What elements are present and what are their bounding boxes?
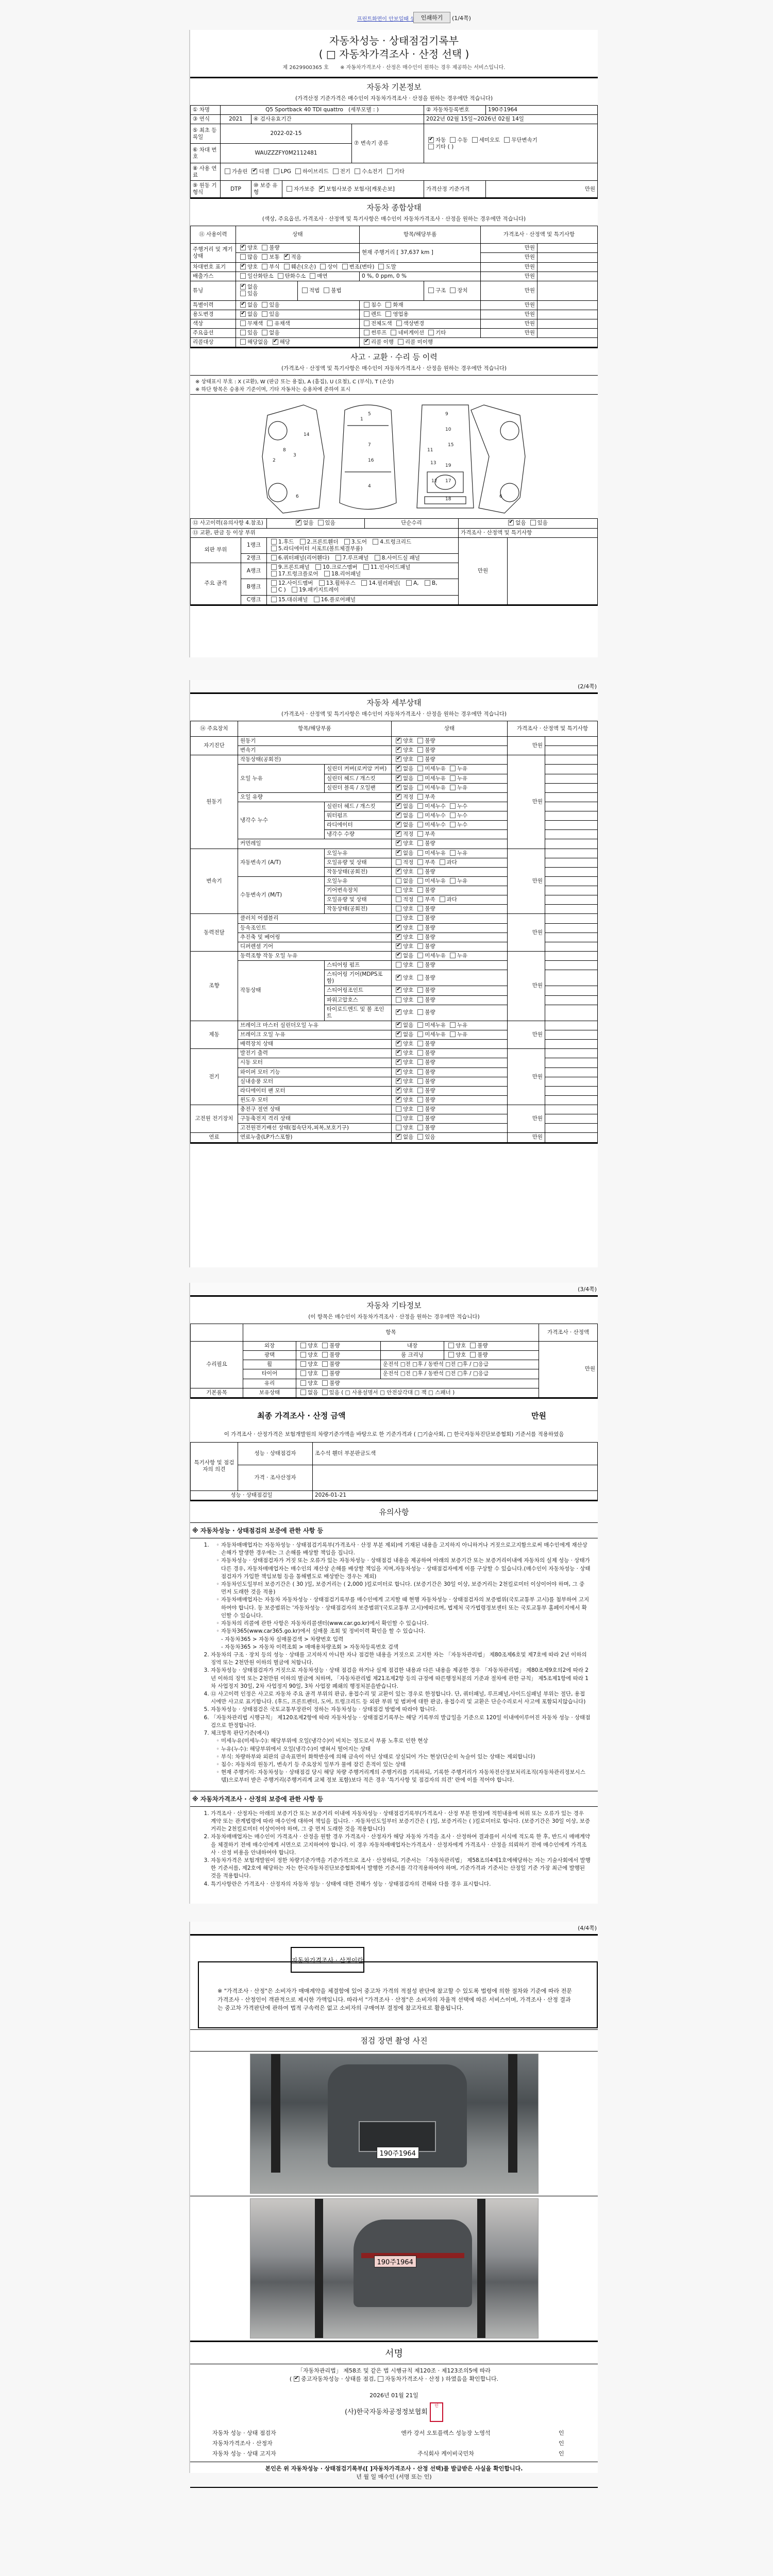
checkbox-checked[interactable]	[319, 186, 325, 192]
col-header: 항목	[243, 1324, 539, 1342]
checkbox[interactable]	[450, 812, 456, 818]
option: 양호	[394, 1097, 413, 1103]
checkbox[interactable]	[315, 564, 321, 570]
checkbox[interactable]	[274, 168, 279, 174]
option: 있음	[260, 311, 279, 317]
checkbox[interactable]	[271, 587, 277, 592]
checkbox[interactable]	[322, 1361, 328, 1367]
checkbox[interactable]	[322, 1370, 328, 1376]
checkbox[interactable]	[428, 144, 434, 149]
checkbox[interactable]	[262, 264, 267, 269]
detail-row: 고전원 전기장치충전구 절연 상태양호불량만원	[191, 1105, 598, 1114]
col-header: 가격조사 · 산정액	[539, 1324, 598, 1342]
row-label: 성능 · 상태점검일	[191, 1490, 313, 1500]
checkbox[interactable]	[364, 330, 369, 335]
label: 가격산정 기준가격	[424, 181, 486, 198]
checkbox[interactable]	[396, 878, 401, 884]
checkbox-checked[interactable]	[396, 1088, 401, 1093]
option: 누수	[448, 822, 467, 828]
checkbox-checked[interactable]	[240, 311, 246, 317]
checkbox[interactable]	[417, 803, 423, 809]
car-outline-icon: 123456678910111213141516171819	[190, 395, 599, 518]
checkbox[interactable]	[396, 896, 401, 902]
option: 세미오토	[470, 137, 500, 143]
section-subtitle: (색상, 주요옵션, 가격조사 · 산정액 및 특기사항은 매수인이 자동차가격…	[190, 213, 598, 226]
checkbox-checked[interactable]	[396, 1059, 401, 1065]
checkbox-checked[interactable]	[396, 822, 401, 827]
option: 전기	[331, 168, 350, 175]
row-label: 주요옵션	[191, 329, 236, 338]
inspector-opinion: 조수석 휀더 부분판금도색	[313, 1442, 598, 1465]
price-unit: 만원	[481, 319, 537, 329]
checkbox-checked[interactable]	[396, 1022, 401, 1028]
checkbox-checked[interactable]	[396, 1097, 401, 1103]
checkbox[interactable]	[417, 887, 423, 893]
checkbox[interactable]	[417, 850, 423, 856]
checkbox[interactable]	[417, 943, 423, 949]
page-marker: (4/4쪽)	[190, 1922, 598, 1934]
device-group: 원동기	[191, 755, 238, 849]
option: 양호	[394, 840, 413, 846]
checkbox[interactable]	[396, 320, 402, 326]
checkbox[interactable]	[335, 555, 341, 561]
inspect-valid: 2022년 02월 15일~2026년 02월 14일	[424, 115, 598, 124]
checkbox[interactable]	[385, 302, 391, 308]
checkbox-checked[interactable]	[396, 756, 401, 762]
checkbox[interactable]	[387, 168, 393, 174]
checkbox[interactable]	[440, 859, 445, 865]
checkbox[interactable]	[417, 953, 423, 958]
checkbox[interactable]	[417, 869, 423, 874]
option: 양호	[394, 1106, 413, 1112]
option: 탄화수소	[276, 273, 306, 279]
option: 불량	[415, 1069, 435, 1075]
checkbox[interactable]	[300, 539, 306, 545]
option: 양호	[394, 887, 413, 893]
option: 양호	[394, 997, 413, 1003]
final-note: 이 가격조사 · 산정가격은 보험개발원의 차량기준가액을 바탕으로 한 기준가…	[190, 1430, 598, 1442]
checkbox[interactable]	[417, 1009, 423, 1015]
checkbox[interactable]	[373, 539, 378, 545]
checkbox-checked[interactable]	[396, 975, 401, 980]
option: 수소전기	[352, 168, 383, 175]
final-price: 최종 가격조사 · 산정 금액 만원	[190, 1399, 598, 1430]
checkbox[interactable]	[322, 1380, 328, 1386]
checkbox[interactable]	[271, 546, 277, 551]
checkbox[interactable]	[448, 1343, 454, 1348]
checkbox[interactable]	[417, 1097, 423, 1103]
checkbox[interactable]	[448, 1352, 454, 1358]
checkbox[interactable]	[344, 539, 350, 545]
checkbox[interactable]	[450, 766, 456, 771]
checkbox[interactable]	[417, 831, 423, 837]
checkbox[interactable]	[417, 915, 423, 921]
checkbox-checked[interactable]	[396, 953, 401, 958]
checkbox[interactable]	[333, 168, 339, 174]
checkbox[interactable]	[355, 168, 360, 174]
checkbox[interactable]	[450, 850, 456, 856]
checkbox[interactable]	[271, 539, 277, 545]
option: 불량	[415, 943, 435, 950]
checkbox[interactable]	[364, 320, 369, 326]
option: 불량	[320, 1370, 340, 1377]
checkbox[interactable]	[450, 1031, 456, 1037]
checkbox[interactable]	[417, 747, 423, 753]
checkbox[interactable]	[300, 1361, 306, 1367]
checkbox-checked[interactable]	[396, 850, 401, 856]
option: 양호	[394, 756, 413, 762]
checkbox[interactable]	[396, 997, 401, 1003]
checkbox[interactable]	[417, 1022, 423, 1028]
checkbox[interactable]	[396, 915, 401, 921]
checkbox-checked[interactable]	[396, 803, 401, 809]
svg-text:12: 12	[431, 479, 437, 484]
checkbox[interactable]	[271, 580, 277, 586]
checkbox[interactable]	[417, 962, 423, 968]
note-item: 가격조사 · 산정자는 아래의 보증기간 또는 보증거리 이내에 자동차성능 ·…	[211, 1810, 591, 1834]
checkbox[interactable]	[322, 1352, 328, 1358]
buyer-confirm-text: 본인은 위 자동차성능 · 상태점검기록부([ ]자동차가격조사 · 산정 선택…	[190, 2464, 598, 2472]
option: 도말	[376, 264, 396, 270]
checkbox[interactable]	[417, 896, 423, 902]
checkbox[interactable]	[450, 287, 456, 293]
option: 미세누유	[415, 1031, 446, 1038]
checkbox[interactable]	[417, 1106, 423, 1112]
device-group: 변속기	[191, 849, 238, 914]
checkbox[interactable]	[240, 320, 246, 326]
checkbox[interactable]	[417, 1069, 423, 1075]
section-title: 자동차 세부상태	[190, 694, 598, 708]
checkbox[interactable]	[300, 1370, 306, 1376]
checkbox[interactable]	[396, 887, 401, 893]
option: 양호	[394, 1088, 413, 1094]
option: 없음	[394, 953, 413, 959]
checkbox[interactable]	[322, 1343, 328, 1348]
checkbox[interactable]	[300, 1343, 306, 1348]
checkbox[interactable]	[240, 339, 246, 345]
checkbox[interactable]	[271, 571, 277, 577]
checkbox[interactable]	[450, 953, 456, 958]
checkbox[interactable]	[240, 330, 246, 335]
checkbox-checked[interactable]	[251, 168, 257, 174]
option: 누수	[448, 803, 467, 809]
checkbox[interactable]	[319, 580, 325, 586]
checkbox[interactable]	[417, 1134, 423, 1140]
checkbox[interactable]	[284, 264, 290, 269]
checkbox-checked[interactable]	[273, 339, 278, 345]
checkbox[interactable]	[295, 168, 301, 174]
checkbox[interactable]	[450, 137, 456, 143]
checkbox-checked[interactable]	[396, 1069, 401, 1075]
checkbox-checked[interactable]	[396, 987, 401, 993]
checkbox[interactable]	[417, 766, 423, 771]
mileage-state: 양호불량	[236, 244, 360, 253]
checkbox[interactable]	[417, 1125, 423, 1130]
checkbox[interactable]	[417, 925, 423, 930]
row-label: 배출가스	[191, 272, 236, 281]
checkbox[interactable]	[417, 794, 423, 800]
checkbox[interactable]	[300, 1352, 306, 1358]
option: 양호	[394, 1125, 413, 1131]
checkbox[interactable]	[417, 822, 423, 827]
checkbox-checked[interactable]	[428, 137, 434, 143]
checkbox[interactable]	[417, 859, 423, 865]
checkbox-checked[interactable]	[396, 1050, 401, 1056]
checkbox[interactable]	[396, 962, 401, 968]
option: 없음	[394, 766, 413, 772]
option: 양호	[298, 1343, 318, 1349]
note-item: 자동차매매업자는 매수인이 가격조사 · 산정을 원할 경우 가격조사 · 산정…	[211, 1833, 591, 1857]
checkbox[interactable]	[428, 330, 434, 335]
etc-table: 항목 가격조사 · 산정액 수리필요외장양호불량내장양호불량만원광택양호불량룸 …	[190, 1324, 598, 1399]
note-item: 자동차매매업자는 자동차성능 · 상태점검기록부(가격조사 · 산정 부분 제외…	[211, 1541, 591, 1651]
checkbox[interactable]	[396, 906, 401, 911]
checkbox-checked[interactable]	[396, 943, 401, 949]
checkbox[interactable]	[262, 302, 267, 308]
option: 상이	[318, 264, 338, 270]
option: 불량	[468, 1343, 488, 1349]
checkbox[interactable]	[240, 254, 246, 260]
option: 양호	[394, 975, 413, 981]
checkbox[interactable]	[391, 330, 396, 335]
option: 양호	[394, 962, 413, 968]
checkbox-checked[interactable]	[508, 520, 514, 526]
label: ② 자동차등록번호	[424, 106, 486, 115]
checkbox-checked[interactable]	[396, 775, 401, 781]
checkbox[interactable]	[378, 264, 384, 269]
checkbox[interactable]	[310, 273, 315, 279]
option: LPG	[272, 168, 291, 175]
option: 불량	[320, 1352, 340, 1358]
checkbox[interactable]	[385, 311, 391, 317]
label: ⑥ 차대 번호	[191, 144, 221, 163]
option: 리콜 이행	[362, 339, 394, 345]
option: 양호	[394, 987, 413, 993]
checkbox[interactable]	[364, 311, 369, 317]
checkbox[interactable]	[287, 186, 292, 192]
checkbox-checked[interactable]	[396, 831, 401, 837]
checkbox[interactable]	[417, 878, 423, 884]
option: 색상변경	[394, 320, 425, 327]
etc-row: 휠양호불량운전석 □전 □후 / 동반석 □전 □후 / □응급	[191, 1360, 598, 1369]
checkbox[interactable]	[363, 564, 369, 570]
checkbox[interactable]	[240, 291, 246, 296]
row-label: 가격 · 조사산정자	[238, 1465, 313, 1490]
option: 미세누유	[415, 878, 446, 884]
option: 불량	[320, 1361, 340, 1367]
option: 양호	[394, 1078, 413, 1084]
checkbox[interactable]	[271, 597, 277, 602]
option: 양호	[394, 925, 413, 931]
section-subtitle: (가격조사 · 산정액 및 특기사항은 매수인이 자동차가격조사 · 산정을 원…	[190, 708, 598, 721]
option: 불량	[320, 1380, 340, 1386]
option: 무단변속기	[502, 137, 537, 143]
checkbox[interactable]	[440, 896, 445, 902]
checkbox[interactable]	[396, 859, 401, 865]
checkbox[interactable]	[240, 273, 246, 279]
checkbox[interactable]	[470, 1352, 476, 1358]
seal-icon: 인	[430, 2402, 443, 2422]
checkbox-checked[interactable]	[396, 812, 401, 818]
checkbox[interactable]	[417, 1115, 423, 1121]
detail-row: 원동기작동상태(공회전)양호불량만원	[191, 755, 598, 765]
checkbox-checked[interactable]	[396, 747, 401, 753]
checkbox[interactable]	[278, 273, 283, 279]
note-item: 특기사항란은 가격조사 · 산정자의 자동차 성능 · 상태에 대한 견해가 성…	[211, 1880, 591, 1888]
checkbox-checked[interactable]	[240, 284, 246, 290]
about-box: ※ "가격조사 · 산정"은 소비자가 매매계약을 체결함에 있어 중고차 가격…	[198, 1961, 598, 2028]
checkbox-checked[interactable]	[396, 1134, 401, 1140]
label: ⑨ 원동 기형식	[191, 181, 221, 198]
checkbox[interactable]	[271, 564, 277, 570]
checkbox[interactable]	[320, 264, 326, 269]
checkbox[interactable]	[262, 254, 267, 260]
checkbox[interactable]	[472, 137, 478, 143]
row-label: 단순수리	[365, 519, 459, 528]
checkbox[interactable]	[396, 1115, 401, 1121]
special-options: 없음있음	[236, 300, 360, 310]
checkbox-checked[interactable]	[240, 245, 246, 250]
checkbox[interactable]	[425, 580, 430, 586]
option: 누유	[448, 878, 467, 884]
checkbox[interactable]	[530, 520, 536, 526]
checkbox[interactable]	[314, 597, 320, 602]
checkbox[interactable]	[406, 580, 412, 586]
install-link[interactable]: 프린트화면이 안보일때 설치	[357, 14, 420, 22]
checkbox[interactable]	[300, 1380, 306, 1386]
checkbox[interactable]	[225, 168, 230, 174]
checkbox-checked[interactable]	[396, 925, 401, 930]
checkbox[interactable]	[504, 137, 510, 143]
checkbox[interactable]	[417, 738, 423, 743]
checkbox-checked[interactable]	[396, 1009, 401, 1015]
checkbox-checked[interactable]	[396, 1078, 401, 1084]
label: ① 차명	[191, 106, 221, 115]
checkbox-checked[interactable]	[240, 264, 246, 269]
checkbox[interactable]	[450, 1022, 456, 1028]
checkbox[interactable]	[417, 987, 423, 993]
checkbox-checked[interactable]	[396, 934, 401, 940]
checkbox[interactable]	[417, 1088, 423, 1093]
checkbox[interactable]	[417, 975, 423, 980]
label: ⑩ 보증 유형	[251, 181, 282, 198]
note-bullet: 자동차매매업자는 자동차 자동차성능 · 상태점검기록부를 매수인에게 고지할 …	[221, 1596, 591, 1620]
checkbox[interactable]	[398, 339, 404, 345]
checkbox[interactable]	[417, 997, 423, 1003]
checkbox[interactable]	[417, 785, 423, 790]
checkbox[interactable]	[324, 287, 329, 293]
checkbox[interactable]	[428, 287, 434, 293]
checkbox[interactable]	[300, 1389, 306, 1395]
detail-row: 조향동력조향 작동 오일 누유없음미세누유누유만원	[191, 951, 598, 960]
checkbox[interactable]	[396, 1125, 401, 1130]
first-reg: 2022-02-15	[221, 124, 352, 144]
checkbox[interactable]	[417, 1050, 423, 1056]
accident-table: ⑫ 사고이력(유의사항 4.참조) 없음있음 단순수리 없음있음 ⑬ 교환, 판…	[190, 518, 598, 605]
checkbox[interactable]	[417, 775, 423, 781]
checkbox-checked[interactable]	[284, 254, 290, 260]
option: 불량	[415, 925, 435, 931]
section-subtitle: (가격산정 기준가격은 매수인이 자동차가격조사 · 산정을 원하는 경우에만 …	[190, 92, 598, 105]
checkbox[interactable]	[361, 580, 367, 586]
detail-row: 제동브레이크 마스터 실린더오일 누유없음미세누유누유만원	[191, 1021, 598, 1030]
option: 양호	[394, 1059, 413, 1065]
checkbox[interactable]	[450, 878, 456, 884]
checkbox[interactable]	[417, 840, 423, 846]
option: 적법	[300, 287, 320, 294]
option: 불량	[415, 1041, 435, 1047]
checkbox-checked[interactable]	[396, 738, 401, 743]
checkbox[interactable]	[450, 785, 456, 790]
option: 불량	[415, 1088, 435, 1094]
checkbox[interactable]	[262, 330, 267, 335]
checkbox[interactable]	[417, 1059, 423, 1065]
checkbox-checked[interactable]	[396, 1031, 401, 1037]
checkbox[interactable]	[324, 571, 330, 577]
checkbox-checked[interactable]	[396, 785, 401, 790]
checkbox-checked[interactable]	[396, 794, 401, 800]
etc-row: 타이어양호불량운전석 □전 □후 / 동반석 □전 □후 / □응급	[191, 1369, 598, 1379]
checkbox[interactable]	[342, 264, 348, 269]
checkbox[interactable]	[271, 555, 277, 561]
checkbox-checked[interactable]	[396, 766, 401, 771]
row-label: 리콜대상	[191, 338, 236, 348]
row-label: 성능 · 상태점검자	[238, 1442, 313, 1465]
checkbox[interactable]	[417, 1031, 423, 1037]
checkbox-checked[interactable]	[396, 840, 401, 846]
checkbox-checked[interactable]	[396, 869, 401, 874]
checkbox-checked[interactable]	[296, 520, 301, 526]
checkbox[interactable]	[396, 1106, 401, 1112]
checkbox[interactable]	[450, 803, 456, 809]
option: 불량	[415, 1115, 435, 1122]
checkbox[interactable]	[322, 1389, 328, 1395]
checkbox[interactable]	[470, 1343, 476, 1348]
checkbox[interactable]	[417, 812, 423, 818]
checkbox[interactable]	[262, 311, 267, 317]
checkbox[interactable]	[450, 775, 456, 781]
checkbox-checked[interactable]	[396, 1041, 401, 1046]
checkbox[interactable]	[267, 320, 273, 326]
tuning-type: 구조장치	[424, 281, 481, 300]
doc-number: 제 2629900365 호	[283, 65, 329, 71]
checkbox[interactable]	[417, 906, 423, 911]
option: 없음	[506, 520, 526, 526]
page-2: (2/4쪽) 자동차 세부상태 (가격조사 · 산정액 및 특기사항은 매수인이…	[189, 680, 598, 1267]
checkbox[interactable]	[417, 934, 423, 940]
option: 부족	[415, 794, 435, 800]
checkbox[interactable]	[450, 822, 456, 827]
option: 기타	[385, 168, 405, 175]
checkbox[interactable]	[417, 1041, 423, 1046]
checkbox-checked[interactable]	[240, 302, 246, 308]
option: 없음	[238, 311, 258, 317]
checkbox[interactable]	[375, 555, 380, 561]
checkbox[interactable]	[292, 587, 297, 592]
checkbox[interactable]	[262, 245, 267, 250]
option: 없음	[294, 520, 313, 526]
checkbox[interactable]	[417, 1078, 423, 1084]
print-button[interactable]: 인쇄하기	[413, 12, 450, 23]
checkbox[interactable]	[364, 302, 369, 308]
checkbox[interactable]	[318, 520, 324, 526]
checkbox[interactable]	[417, 756, 423, 762]
option: 렌트	[362, 311, 381, 317]
checkbox-checked[interactable]	[364, 339, 369, 345]
option: 불량	[415, 962, 435, 968]
checkbox[interactable]	[302, 287, 308, 293]
page-marker: (1/4쪽)	[452, 14, 471, 22]
